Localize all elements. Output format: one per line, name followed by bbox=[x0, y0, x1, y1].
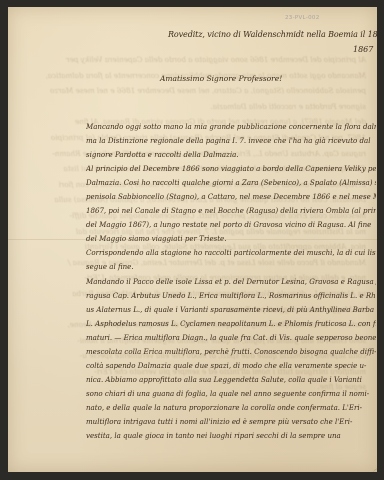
body-line: Mancando oggi sotto mano la mia grande p… bbox=[86, 120, 376, 134]
body-line: mescolata colla Erica multiflora, perchè… bbox=[86, 345, 376, 359]
letter-salutation: Amatissimo Signore Professore! bbox=[160, 74, 282, 83]
scanned-document-view: Al principio del Decembre 1866 sono viag… bbox=[0, 0, 384, 480]
body-line: del Maggio 1867), a lungo restate nel po… bbox=[86, 218, 376, 232]
body-line: us Alaternus L., di quale i Varianti spa… bbox=[86, 303, 376, 317]
letter-year: 1867 bbox=[353, 45, 373, 54]
body-line: Mandando il Pacco delle isole Lissa et p… bbox=[86, 275, 376, 289]
paper-corner-crease bbox=[373, 468, 377, 472]
body-line: nica. Abbiamo approfittato alla sua Legg… bbox=[86, 373, 376, 387]
body-line: Al principio del Decembre 1866 sono viag… bbox=[86, 162, 376, 176]
body-line: Corrispondendo alla stagione ho raccolti… bbox=[86, 246, 376, 260]
body-line: signore Pardotta e raccolti della Dalmaz… bbox=[86, 148, 376, 162]
body-line: 1867, poi nel Canale di Stagno e nel Boc… bbox=[86, 204, 376, 218]
body-line: segue al fine. bbox=[86, 260, 376, 274]
body-line: Dalmazia. Cosi ho raccolti qualche giorn… bbox=[86, 176, 376, 190]
body-line: L. Asphodelus ramosus L. Cyclamen neapol… bbox=[86, 317, 376, 331]
body-line: multiflora intrigava tutti i nomi all'in… bbox=[86, 415, 376, 429]
letter-dateline: Roveditz, vicino di Waldenschmidt nella … bbox=[168, 30, 377, 39]
body-line: ragusa Cap. Arbutus Unedo L., Erica mult… bbox=[86, 289, 376, 303]
manuscript-page: Al principio del Decembre 1866 sono viag… bbox=[8, 7, 377, 472]
body-line: del Maggio siamo viaggiati per Trieste. bbox=[86, 232, 376, 246]
body-line: coltà sapendo Dalmazia quale due spazi, … bbox=[86, 359, 376, 373]
body-line: sono chiari di una guana di foglia, la q… bbox=[86, 387, 376, 401]
body-line: maturi. — Erica multiflora Diagn., la qu… bbox=[86, 331, 376, 345]
body-line: penisola Sabbioncello (Stagno), a Cattar… bbox=[86, 190, 376, 204]
letter-body: Mancando oggi sotto mano la mia grande p… bbox=[86, 120, 376, 443]
archival-stamp: 23-PVL-002 bbox=[285, 15, 320, 21]
body-line: nato, e della quale la natura proporzion… bbox=[86, 401, 376, 415]
body-line: ma la Distinzione regionale della pagina… bbox=[86, 134, 376, 148]
body-line: vestita, la quale gioca in tanto nei luo… bbox=[86, 429, 376, 443]
